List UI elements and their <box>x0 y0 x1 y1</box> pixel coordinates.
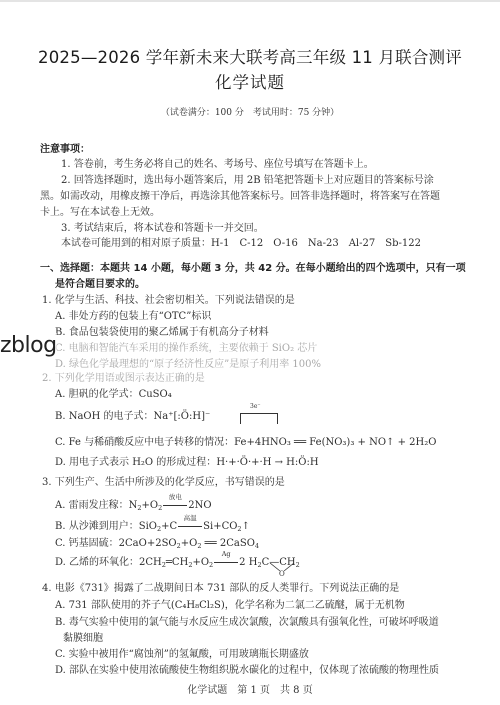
electron-transfer-bracket <box>240 413 278 424</box>
exam-title: 2025—2026 学年新未来大联考高三年级 11 月联合测评 <box>0 44 500 68</box>
q3-option-a: A. 雷雨发庄稼：N2+O2放电2NO <box>55 499 212 512</box>
q1-option-b: B. 食品包装袋使用的聚乙烯属于有机高分子材料 <box>55 326 269 339</box>
q3-option-b: B. 从沙滩到用户：SiO2+C高温Si+CO2↑ <box>55 520 250 533</box>
reaction-condition: 高温 <box>178 512 202 525</box>
q3-option-b-prefix: B. 从沙滩到用户： <box>55 521 139 532</box>
q2-option-d-equation: H·+·Ö·+·H → H:Ö:H <box>216 457 318 468</box>
q2-option-a: A. 胆矾的化学式：CuSO₄ <box>55 388 172 401</box>
section-heading-line1: 一、选择题：本题共 14 小题，每小题 3 分，共 42 分。在每小题给出的四个… <box>40 262 466 275</box>
q3-option-c-prefix: C. 钙基固硫： <box>55 538 119 549</box>
svg-text:O: O <box>279 570 285 577</box>
electron-transfer-label: 3e⁻ <box>250 403 261 410</box>
epoxide-oxygen-bridge: O <box>268 563 296 579</box>
atomic-masses: 本试卷可能用到的相对原子质量：H-1 C-12 O-16 Na-23 Al-27… <box>61 237 421 250</box>
notice-item-3: 3. 考试结束后，将本试卷和答题卡一并交回。 <box>61 222 264 235</box>
notice-heading: 注意事项： <box>40 143 90 156</box>
reaction-arrow: 高温 <box>178 520 202 533</box>
q2-option-d-prefix: D. 用电子式表示 H₂O 的形成过程： <box>55 457 216 468</box>
notice-item-2-line3: 卡上。写在本试卷上无效。 <box>40 206 160 219</box>
reaction-arrow: 放电 <box>163 499 187 512</box>
scan-top-border <box>0 0 500 2</box>
q2-option-c: C. Fe 与稀硝酸反应中电子转移的情况：Fe+4HNO₃ ══ Fe(NO₃)… <box>55 436 436 449</box>
q4-option-d: D. 部队在实验中使用浓硫酸使生物组织脱水碳化的过程中，仅体现了浓硫酸的物理性质 <box>55 664 439 677</box>
watermark-text: zblog <box>0 333 57 358</box>
q4-option-b-line1: B. 毒气实验中使用的氯气能与水反应生成次氯酸，次氯酸具有强氧化性，可破坏呼吸道 <box>55 616 439 629</box>
q2-option-c-prefix: C. Fe 与稀硝酸反应中电子转移的情况： <box>55 437 234 448</box>
q1-stem: 1. 化学与生活、科技、社会密切相关。下列说法错误的是 <box>42 294 295 307</box>
notice-item-2-line1: 2. 回答选择题时，选出每小题答案后，用 2B 铅笔把答题卡上对应题目的答案标号… <box>61 174 434 187</box>
reaction-condition: 放电 <box>163 491 187 504</box>
exam-subject: 化学试题 <box>0 69 500 93</box>
q3-option-a-prefix: A. 雷雨发庄稼： <box>55 500 129 511</box>
exam-meta: （试卷满分：100 分 考试用时：75 分钟） <box>0 105 500 118</box>
q4-option-a: A. 731 部队使用的芥子气(C₄H₈Cl₂S)，化学名称为二氯二乙硫醚，属于… <box>55 599 405 612</box>
q1-option-a: A. 非处方药的包装上有“OTC”标识 <box>55 310 211 323</box>
q2-stem: 2. 下列化学用语或图示表达正确的是 <box>42 372 205 385</box>
section-heading-line2: 是符合题目要求的。 <box>55 278 145 291</box>
q4-stem: 4. 电影《731》揭露了二战期间日本 731 部队的反人类罪行。下列说法正确的… <box>42 582 399 595</box>
notice-item-1: 1. 答卷前，考生务必将自己的姓名、考场号、座位号填写在答题卡上。 <box>61 158 374 171</box>
q1-option-c: C. 电脑和智能汽车采用的操作系统，主要依赖于 SiO₂ 芯片 <box>55 342 317 355</box>
q2-option-d: D. 用电子式表示 H₂O 的形成过程：H·+·Ö·+·H → H:Ö:H <box>55 456 319 469</box>
reaction-arrow: Ag <box>214 556 238 569</box>
notice-item-2-line2: 黑。如需改动，用橡皮擦干净后，再选涂其他答案标号。回答非选择题时，将答案写在答题 <box>40 190 440 203</box>
q3-option-d-prefix: D. 乙烯的环氧化： <box>55 557 139 568</box>
q4-option-b-line2: 黏膜细胞 <box>63 632 103 645</box>
q3-stem: 3. 下列生产、生活中所涉及的化学反应，书写错误的是 <box>42 476 285 489</box>
q4-option-c: C. 实验中被用作“腐蚀剂”的氢氟酸，可用玻璃瓶长期盛放 <box>55 648 309 661</box>
q2-option-c-equation: Fe+4HNO₃ ══ Fe(NO₃)₃ + NO↑ + 2H₂O <box>234 437 436 448</box>
q2-option-b: B. NaOH 的电子式：Na⁺[:Ö:H]⁻ <box>55 410 210 423</box>
reaction-condition: Ag <box>214 548 238 561</box>
q1-option-d: D. 绿色化学最理想的“原子经济性反应”是原子利用率 100% <box>55 358 321 371</box>
q3-option-d: D. 乙烯的环氧化：2CH2═CH2+O2Ag2 H2C—CH2 <box>55 556 300 569</box>
page-footer: 化学试题 第 1 页 共 8 页 <box>0 681 500 696</box>
